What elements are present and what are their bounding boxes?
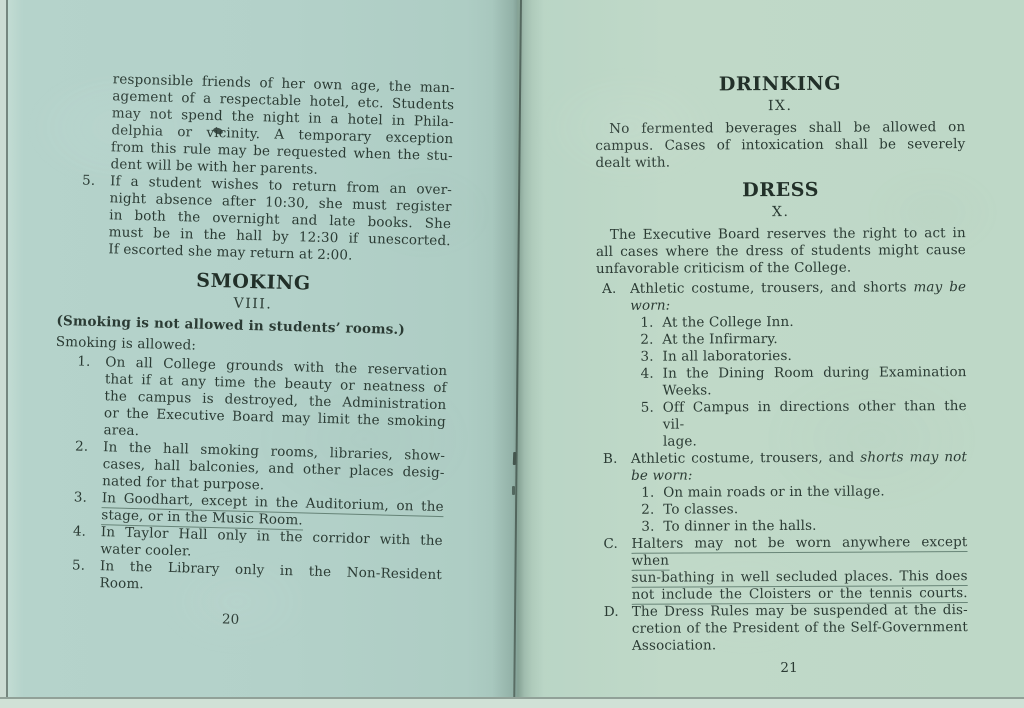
text-line: The Dress Rules may be suspended at the …: [632, 602, 968, 621]
text-line: Halters may not be worn anywhere except …: [631, 534, 967, 570]
list-item-label: A.: [602, 281, 616, 298]
text-line: The Executive Board reserves the right t…: [596, 225, 966, 244]
list-item-label: 4.: [73, 523, 87, 540]
scanned-book-spread: responsible friends of her own age, the …: [0, 0, 1024, 708]
list-item: 4.In the Dining Room during ExaminationW…: [597, 364, 967, 400]
list-item: A.Athletic costume, trousers, and shorts…: [596, 279, 966, 315]
list-item: 2.At the Infirmary.: [596, 330, 966, 349]
list-item: 1.At the College Inn.: [596, 313, 966, 332]
book-edge-left: [0, 0, 8, 708]
list-item: D.The Dress Rules may be suspended at th…: [598, 602, 968, 655]
text-line: cretion of the President of the Self-Gov…: [632, 619, 968, 638]
text-line: Off Campus in directions other than the …: [663, 398, 967, 434]
list-item: 5.If a student wishes to return from an …: [58, 172, 452, 267]
list-item: 1.On main roads or in the village.: [597, 483, 967, 502]
text-line: sun-bathing in well secluded places. Thi…: [632, 568, 968, 587]
list-item-label: 1.: [641, 485, 654, 502]
list-item-label: B.: [603, 451, 618, 468]
text-line: worn:: [630, 296, 966, 315]
list-item-label: 5.: [72, 557, 86, 574]
list-item-label: 3.: [74, 489, 88, 506]
text-line: To dinner in the halls.: [663, 517, 967, 536]
text-line: unfavorable criticism of the College.: [596, 259, 966, 278]
right-page-content: DRINKINGIX.No fermented beverages shall …: [595, 72, 968, 678]
text-line: In the Dining Room during Examination: [663, 364, 967, 383]
list-item: 1.On all College grounds with the reserv…: [53, 353, 447, 448]
list-item: 2.To classes.: [597, 500, 967, 519]
staple: [512, 486, 515, 495]
list-item-label: 2.: [75, 438, 89, 455]
text-line: On main roads or in the village.: [663, 483, 967, 502]
right-page-text: DRINKINGIX.No fermented beverages shall …: [595, 72, 968, 655]
section-numeral: X.: [596, 203, 966, 222]
list-item-label: 2.: [641, 502, 654, 519]
list-item-label: 1.: [640, 315, 653, 332]
text-line: Athletic costume, trousers, and shorts m…: [631, 449, 967, 468]
left-page-text: responsible friends of her own age, the …: [49, 70, 455, 601]
list-item-label: 4.: [641, 366, 654, 383]
text-line: No fermented beverages shall be allowed …: [595, 119, 965, 138]
page-number: 20: [35, 606, 427, 633]
list-item-label: 5.: [641, 400, 654, 417]
list-item-label: 2.: [640, 332, 653, 349]
text-line: Association.: [632, 636, 968, 655]
list-item: responsible friends of her own age, the …: [60, 70, 455, 182]
text-line: At the Infirmary.: [662, 330, 966, 349]
list-item-label: 3.: [640, 349, 653, 366]
list-item-label: 5.: [82, 173, 96, 190]
paragraph: The Executive Board reserves the right t…: [596, 225, 966, 278]
list-item-label: 3.: [641, 519, 654, 536]
paragraph: No fermented beverages shall be allowed …: [595, 119, 965, 172]
text-line: be worn:: [631, 466, 967, 485]
list-item-label: 1.: [77, 353, 91, 370]
left-page-content: responsible friends of her own age, the …: [48, 70, 454, 634]
text-line: lage.: [663, 432, 967, 451]
right-page: DRINKINGIX.No fermented beverages shall …: [517, 0, 1024, 708]
text-line: To classes.: [663, 500, 967, 519]
list-item: 5.Off Campus in directions other than th…: [597, 398, 967, 451]
page-number: 21: [604, 659, 974, 678]
section-numeral: IX.: [595, 97, 965, 116]
text-line: Weeks.: [663, 381, 967, 400]
list-item-label: C.: [603, 536, 618, 553]
text-line: campus. Cases of intoxication shall be s…: [595, 136, 965, 155]
text-line: dealt with.: [595, 153, 965, 172]
section-heading: DRESS: [596, 178, 966, 202]
text-line: In all laboratories.: [662, 347, 966, 366]
list-item-label: D.: [604, 604, 619, 621]
text-line: not include the Cloisters or the tennis …: [632, 585, 968, 604]
section-heading: DRINKING: [595, 72, 965, 96]
list-item: 3.In all laboratories.: [596, 347, 966, 366]
staple: [513, 452, 516, 465]
text-line: Athletic costume, trousers, and shorts m…: [630, 279, 966, 298]
text-line: all cases where the dress of students mi…: [596, 242, 966, 261]
left-page: responsible friends of her own age, the …: [8, 0, 517, 708]
list-item: B.Athletic costume, trousers, and shorts…: [597, 449, 967, 485]
list-item: C.Halters may not be worn anywhere excep…: [597, 534, 967, 604]
book-edge-bottom: [0, 697, 1024, 708]
text-line: At the College Inn.: [662, 313, 966, 332]
list-item: 3.To dinner in the halls.: [597, 517, 967, 536]
